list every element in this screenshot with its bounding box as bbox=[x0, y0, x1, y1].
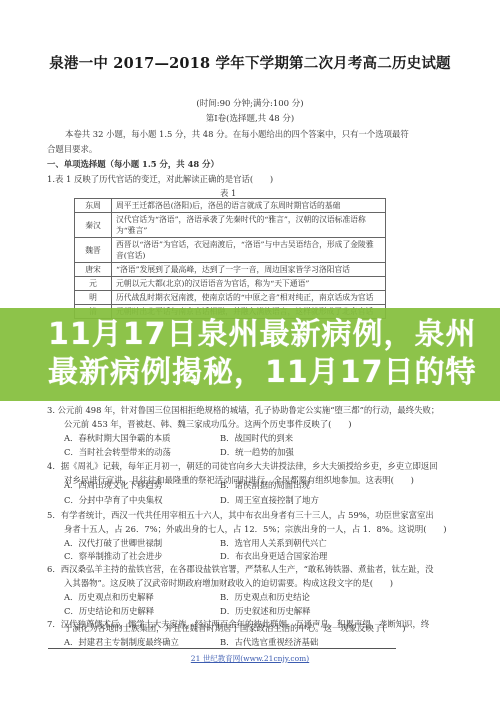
question-7-stem-2: 于演化为各地的士族集团，并且在魏晋时期居于国家政治生活的中心。这一现象反映了( … bbox=[64, 622, 406, 634]
option-d: D．历史叙述和历史解释 bbox=[220, 605, 310, 617]
question-1-stem: 1.表 1 反映了历代官话的变迁，对此解读正确的是官话( ) bbox=[47, 173, 273, 185]
question-6-stem-2: 入其器物”。这反映了汉武帝时期政府增加财政收入的迫切需要。构成这段文字的是( ) bbox=[64, 577, 393, 589]
text-cell: “洛语”发展到了最高峰，达到了一字一音，周边国家皆学习洛阳官话 bbox=[112, 263, 386, 277]
text-cell: 历代战乱时期衣冠南渡，使南京话的“中原之音”相对纯正，南京话成为官话 bbox=[112, 291, 386, 305]
option-a: A．封建君主专制制度最终确立 bbox=[64, 636, 220, 648]
table-row: 明历代战乱时期衣冠南渡，使南京话的“中原之音”相对纯正，南京话成为官话 bbox=[75, 291, 386, 305]
option-c: C．历史结论和历史解释 bbox=[64, 605, 220, 617]
table-row: 魏晋西晋以“洛语”为官话，衣冠南渡后，“洛语”与中古吴语结合，形成了金陵雅音(官… bbox=[75, 238, 386, 263]
instructions-line-1: 本卷共 32 小题，每小题 1.5 分，共 48 分。在每小题给出的四个答案中，… bbox=[65, 128, 409, 140]
option-d: D．周王室直接控制了地方 bbox=[220, 494, 319, 506]
headline-banner: 11月17日泉州最新病例，泉州 最新病例揭秘，11月17日的特 bbox=[0, 308, 500, 401]
option-b: B．诸侯割据的局面出现 bbox=[220, 479, 310, 491]
footer-link[interactable]: 21 世纪教育网(www.21cnjy.com) bbox=[0, 653, 500, 664]
option-b: B．战国时代的到来 bbox=[220, 432, 293, 444]
option-d: D．布衣出身更适合国家治理 bbox=[220, 550, 327, 562]
option-d: D．统一趋势的加强 bbox=[220, 446, 294, 458]
option-a: A．西周出现文化下移趋势 bbox=[64, 479, 220, 491]
instructions-line-2: 合题目要求。 bbox=[47, 143, 97, 155]
option-b: B．选官用人关系到朝代兴亡 bbox=[220, 537, 327, 549]
part-label: 第Ⅰ卷(选择题,共 48 分) bbox=[0, 112, 500, 124]
question-4-stem-1: 4．据《周礼》记载，每年正月初一，朝廷的司徒官向乡大夫讲授法律，乡大夫颁授给乡吏… bbox=[47, 460, 438, 472]
option-a: A．汉代打破了世卿世禄制 bbox=[64, 537, 220, 549]
section-heading: 一、单项选择题（每小题 1.5 分，共 48 分） bbox=[47, 158, 219, 170]
table-row: 元元朝以元大都(北京)的汉语语音为官话，称为“天下通语” bbox=[75, 277, 386, 291]
era-cell: 唐宋 bbox=[75, 263, 112, 277]
text-cell: 周平王迁都洛邑(洛阳)后，洛邑的语言就成了东周时期官话的基础 bbox=[112, 199, 386, 213]
option-b: B．历史观点和历史结论 bbox=[220, 591, 310, 603]
history-table: 东周周平王迁都洛邑(洛阳)后，洛邑的语言就成了东周时期官话的基础 秦汉汉代官话为… bbox=[74, 198, 386, 319]
era-cell: 明 bbox=[75, 291, 112, 305]
footer-divider bbox=[48, 648, 396, 649]
option-c: C．察举制推动了社会进步 bbox=[64, 550, 220, 562]
question-5-stem-1: 5．有学者统计，西汉一代共任用宰相五十六人，其中布衣出身者有三十三人，占 59%… bbox=[47, 509, 434, 521]
era-cell: 元 bbox=[75, 277, 112, 291]
option-a: A．历史观点和历史解释 bbox=[64, 591, 220, 603]
exam-info: (时间:90 分钟;满分:100 分) bbox=[0, 97, 500, 109]
era-cell: 魏晋 bbox=[75, 238, 112, 263]
text-cell: 汉代官话为“洛语”，洛语承袭了先秦时代的“雅言”，汉朝的汉语标准语称为“雅言” bbox=[112, 213, 386, 238]
question-5-stem-2: 身者十五人，占 26．7%；外戚出身的七人，占 12．5%；宗族出身的一人，占 … bbox=[64, 523, 447, 535]
exam-title: 泉港一中 2017—2018 学年下学期第二次月考高二历史试题 bbox=[0, 52, 500, 73]
headline-line-2: 最新病例揭秘，11月17日的特 bbox=[48, 354, 468, 392]
headline-text: 11月17日泉州最新病例，泉州 最新病例揭秘，11月17日的特 bbox=[48, 316, 468, 392]
text-cell: 西晋以“洛语”为官话，衣冠南渡后，“洛语”与中古吴语结合，形成了金陵雅音(官话) bbox=[112, 238, 386, 263]
option-b: B．古代选官重视经济基础 bbox=[220, 636, 318, 648]
era-cell: 东周 bbox=[75, 199, 112, 213]
option-a: A．春秋时期大国争霸的本质 bbox=[64, 432, 220, 444]
question-6-stem-1: 6．西汉桑弘羊主持的盐铁官营，在各郡设盐铁官署，严禁私人生产，“敢私铸铁器、煮盐… bbox=[47, 563, 433, 575]
table-row: 唐宋“洛语”发展到了最高峰，达到了一字一音，周边国家皆学习洛阳官话 bbox=[75, 263, 386, 277]
headline-line-1: 11月17日泉州最新病例，泉州 bbox=[48, 316, 468, 354]
option-c: C．当时社会转型带来的动荡 bbox=[64, 446, 220, 458]
text-cell: 元朝以元大都(北京)的汉语语音为官话，称为“天下通语” bbox=[112, 277, 386, 291]
question-3-stem-2: 公元前 453 年，晋被赵、韩、魏三家成功瓜分。这两个历史事件反映了( ) bbox=[64, 418, 351, 430]
option-c: C．分封中孕育了中央集权 bbox=[64, 494, 220, 506]
era-cell: 秦汉 bbox=[75, 213, 112, 238]
question-3-stem-1: 3. 公元前 498 年，针对鲁国三位国相拒绝规格的城墙，孔子协助鲁定公实施“堕… bbox=[47, 404, 439, 416]
table-row: 秦汉汉代官话为“洛语”，洛语承袭了先秦时代的“雅言”，汉朝的汉语标准语称为“雅言… bbox=[75, 213, 386, 238]
table-row: 东周周平王迁都洛邑(洛阳)后，洛邑的语言就成了东周时期官话的基础 bbox=[75, 199, 386, 213]
